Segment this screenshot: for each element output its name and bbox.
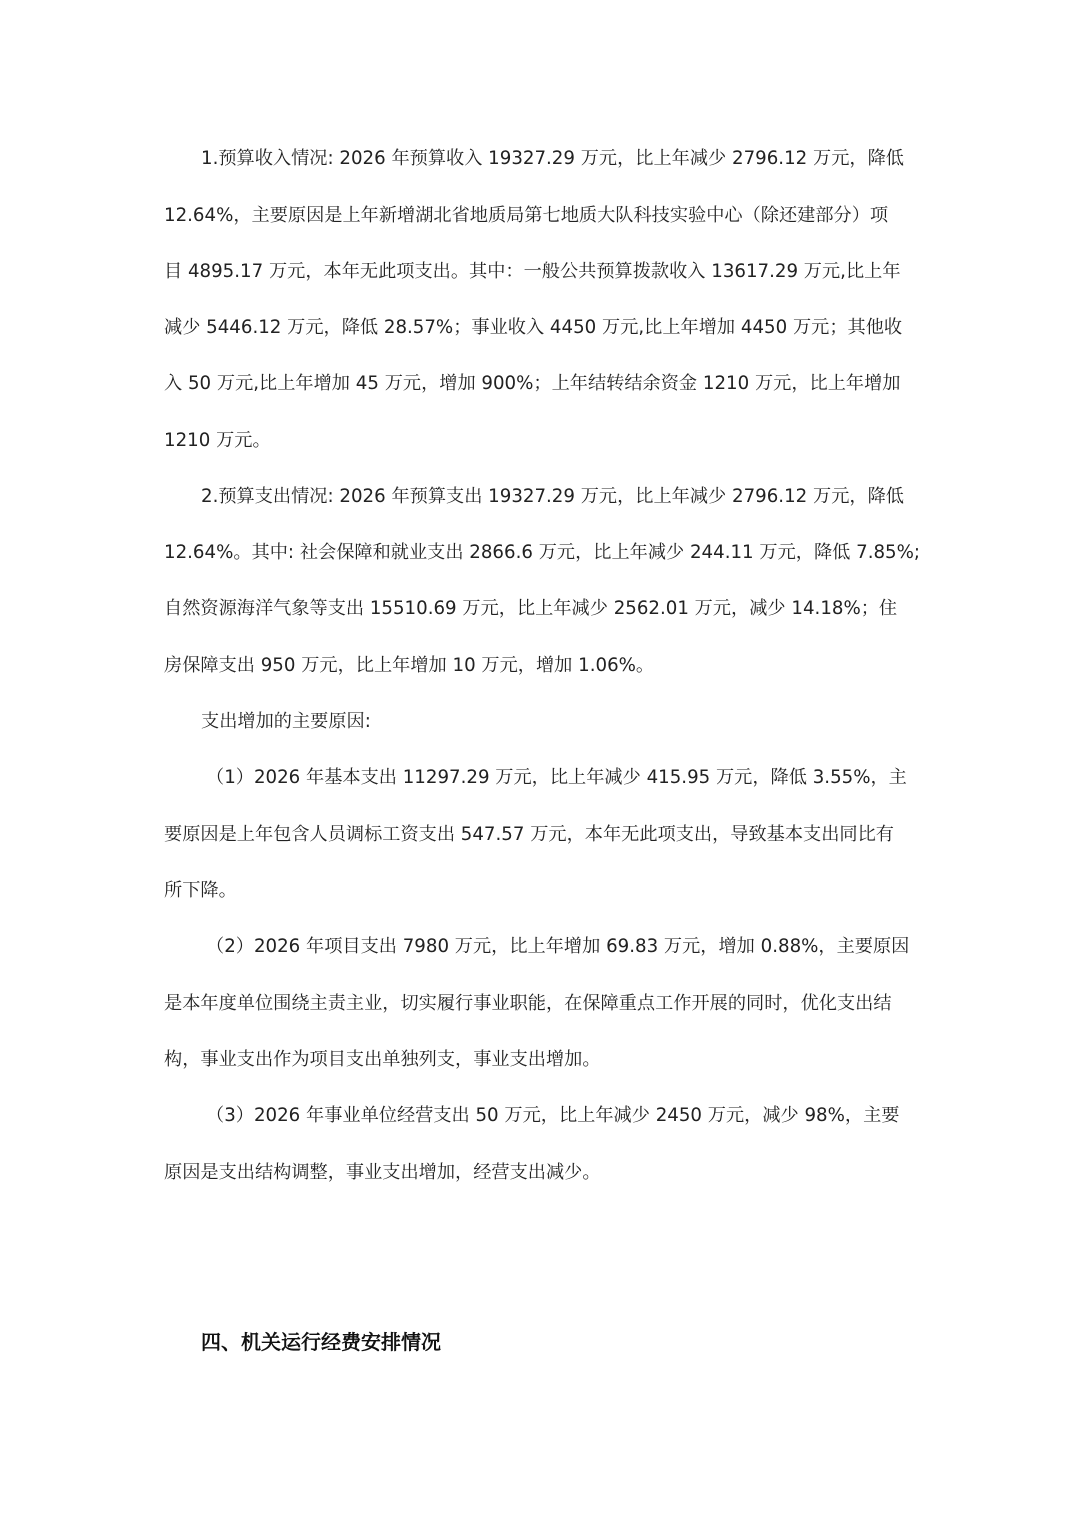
document-page: 1.预算收入情况: 2026 年预算收入 19327.29 万元，比上年减少 2… [0,0,1074,1520]
text-line: 原因是支出结构调整，事业支出增加，经营支出减少。 [164,1161,601,1185]
text-line: 12.64%，主要原因是上年新增湖北省地质局第七地质大队科技实验中心（除还建部分… [164,204,888,228]
text-line: 房保障支出 950 万元，比上年增加 10 万元，增加 1.06%。 [164,654,654,678]
text-line: （2）2026 年项目支出 7980 万元，比上年增加 69.83 万元，增加 … [206,935,909,959]
text-line: 支出增加的主要原因: [201,710,371,734]
text-line: （1）2026 年基本支出 11297.29 万元，比上年减少 415.95 万… [206,766,907,790]
text-line: 2.预算支出情况: 2026 年预算支出 19327.29 万元，比上年减少 2… [201,485,904,509]
text-line: 是本年度单位围绕主责主业，切实履行事业职能，在保障重点工作开展的同时，优化支出结 [164,992,892,1016]
section-heading: 四、机关运行经费安排情况 [201,1329,441,1355]
text-line: 12.64%。其中: 社会保障和就业支出 2866.6 万元，比上年减少 244… [164,541,920,565]
text-line: 自然资源海洋气象等支出 15510.69 万元，比上年减少 2562.01 万元… [164,597,897,621]
text-line: 1210 万元。 [164,429,271,453]
text-line: 1.预算收入情况: 2026 年预算收入 19327.29 万元，比上年减少 2… [201,147,904,171]
text-line: 入 50 万元,比上年增加 45 万元，增加 900%；上年结转结余资金 121… [164,372,900,396]
text-line: （3）2026 年事业单位经营支出 50 万元，比上年减少 2450 万元，减少… [206,1104,899,1128]
text-line: 要原因是上年包含人员调标工资支出 547.57 万元，本年无此项支出，导致基本支… [164,823,894,847]
text-line: 目 4895.17 万元，本年无此项支出。其中：一般公共预算拨款收入 13617… [164,260,901,284]
text-line: 所下降。 [164,879,237,903]
text-line: 减少 5446.12 万元，降低 28.57%；事业收入 4450 万元,比上年… [164,316,902,340]
text-line: 构，事业支出作为项目支出单独列支，事业支出增加。 [164,1048,601,1072]
